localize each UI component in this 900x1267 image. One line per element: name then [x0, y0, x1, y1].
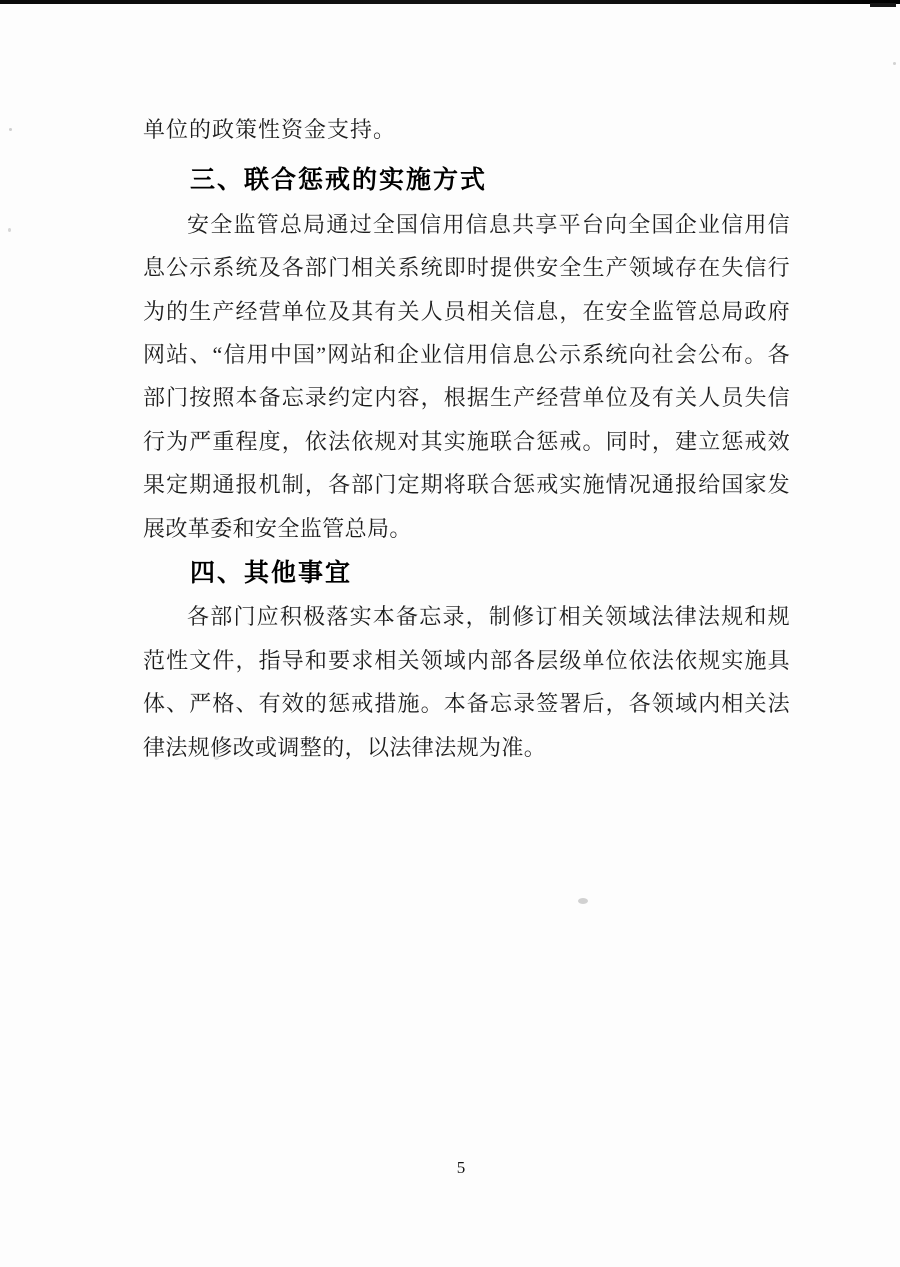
scan-dust-speck: [578, 898, 588, 904]
section-4: 四、其他事宜 各部门应积极落实本备忘录，制修订相关领域法律法规和规范性文件，指导…: [143, 552, 790, 769]
scan-edge-artifact: [0, 0, 900, 4]
section-3-paragraph: 安全监管总局通过全国信用信息共享平台向全国企业信用信息公示系统及各部门相关系统即…: [143, 203, 790, 550]
section-3-heading: 三、联合惩戒的实施方式: [143, 159, 790, 202]
scan-dust-speck: [893, 62, 896, 65]
page-number: 5: [450, 1158, 472, 1178]
section-3: 三、联合惩戒的实施方式 安全监管总局通过全国信用信息共享平台向全国企业信用信息公…: [143, 159, 790, 550]
carryover-text-line: 单位的政策性资金支持。: [143, 108, 790, 151]
section-4-paragraph: 各部门应积极落实本备忘录，制修订相关领域法律法规和规范性文件，指导和要求相关领域…: [143, 595, 790, 769]
scan-dust-speck: [214, 756, 219, 760]
scan-dust-speck: [8, 228, 11, 232]
scan-edge-notch-artifact: [870, 3, 896, 7]
scan-dust-speck: [9, 128, 12, 131]
section-4-heading: 四、其他事宜: [143, 552, 790, 595]
document-body: 单位的政策性资金支持。 三、联合惩戒的实施方式 安全监管总局通过全国信用信息共享…: [143, 108, 790, 769]
scanned-document-page: 单位的政策性资金支持。 三、联合惩戒的实施方式 安全监管总局通过全国信用信息共享…: [0, 0, 900, 1267]
